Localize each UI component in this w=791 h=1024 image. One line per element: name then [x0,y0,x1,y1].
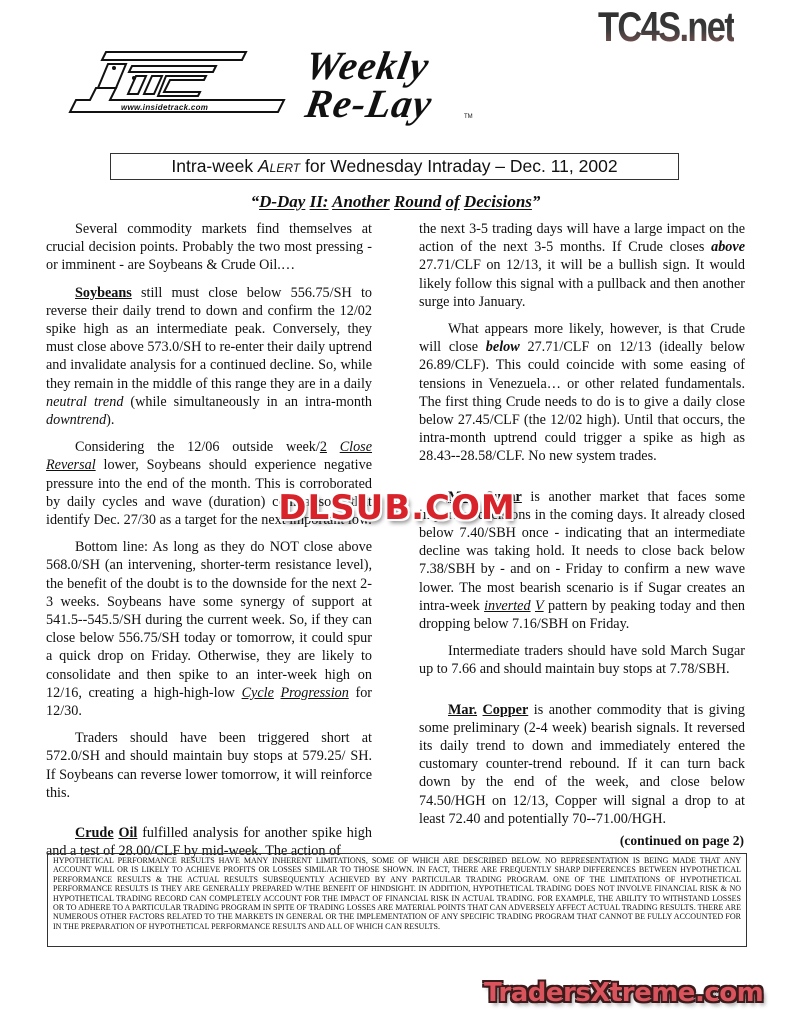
crude-likely-paragraph: What appears more likely, however, is th… [419,320,745,466]
tc4s-watermark: TC4S.net [598,4,734,50]
newsletter-logo: www.insidetrack.com Weekly Re-Lay TM [66,48,486,128]
left-column: Several commodity markets find themselve… [46,220,372,870]
open-quote: “ [251,192,260,211]
market-soybeans: Soybeans [75,285,132,301]
crude-continued-paragraph: the next 3-5 trading days will have a la… [419,220,745,311]
soybeans-traders-paragraph: Traders should have been triggered short… [46,729,372,802]
tradersxtreme-watermark: TradersXtreme.com [484,978,774,1014]
paragraph-text: (while simultaneously in an intra-month [123,394,372,410]
paragraph-text: is another commodity that is giving some… [419,702,745,827]
term-neutral-trend: neutral trend [46,394,123,410]
link-progression[interactable]: Progression [281,685,349,701]
headline-word: Another [332,192,390,211]
paragraph-text: 27.71/CLF on 12/13 (ideally below 26.89/… [419,339,745,464]
market-mar: Mar. [448,702,477,718]
alert-prefix: Intra-week [171,156,258,176]
paragraph-text: Considering the 12/06 outside week/ [75,439,320,455]
sugar-traders-paragraph: Intermediate traders should have sold Ma… [419,642,745,678]
link-v[interactable]: V [535,598,544,614]
market-copper: Copper [483,702,529,718]
paragraph-text: 27.71/CLF on 12/13, it will be a bullish… [419,257,745,309]
logo-title-relay: Re-Lay [302,80,436,127]
headline-word: D-Day [259,192,305,211]
space [327,439,340,455]
alert-suffix: for Wednesday Intraday – Dec. 11, 2002 [300,156,617,176]
copper-paragraph: Mar. Copper is another commodity that is… [419,701,745,828]
headline-word: II: [310,192,329,211]
right-column: the next 3-5 trading days will have a la… [419,220,745,837]
link-cycle[interactable]: Cycle [242,685,274,701]
continued-on-page-2: (continued on page 2) [560,833,744,849]
headline-word: of [446,192,460,211]
soybeans-paragraph: Soybeans still must close below 556.75/S… [46,284,372,430]
market-crude: Crude [75,825,114,841]
bottom-line-paragraph: Bottom line: As long as they do NOT clos… [46,538,372,720]
hypothetical-performance-disclaimer: Hypothetical performance results have ma… [47,853,747,947]
logo-url: www.insidetrack.com [121,103,208,112]
emphasis-above: above [711,239,745,255]
link-inverted[interactable]: inverted [484,598,530,614]
market-oil: Oil [118,825,137,841]
emphasis-below: below [486,339,520,355]
link-2[interactable]: 2 [320,439,327,455]
logo-trademark: TM [464,114,473,120]
headline-word: Round [394,192,441,211]
dlsub-watermark: DLSUB.COM [266,488,528,528]
intro-paragraph: Several commodity markets find themselve… [46,220,372,275]
alert-banner: Intra-week Alert for Wednesday Intraday … [110,153,679,180]
term-downtrend: downtrend [46,412,106,428]
close-quote: ” [532,192,541,211]
paragraph-text: the next 3-5 trading days will have a la… [419,221,745,255]
paragraph-text: Bottom line: As long as they do NOT clos… [46,539,372,701]
headline-word: Decisions [464,192,532,211]
article-headline: “D-Day II: Another Round of Decisions” [0,192,791,212]
alert-word: Alert [258,156,300,176]
paragraph-text: ). [106,412,114,428]
